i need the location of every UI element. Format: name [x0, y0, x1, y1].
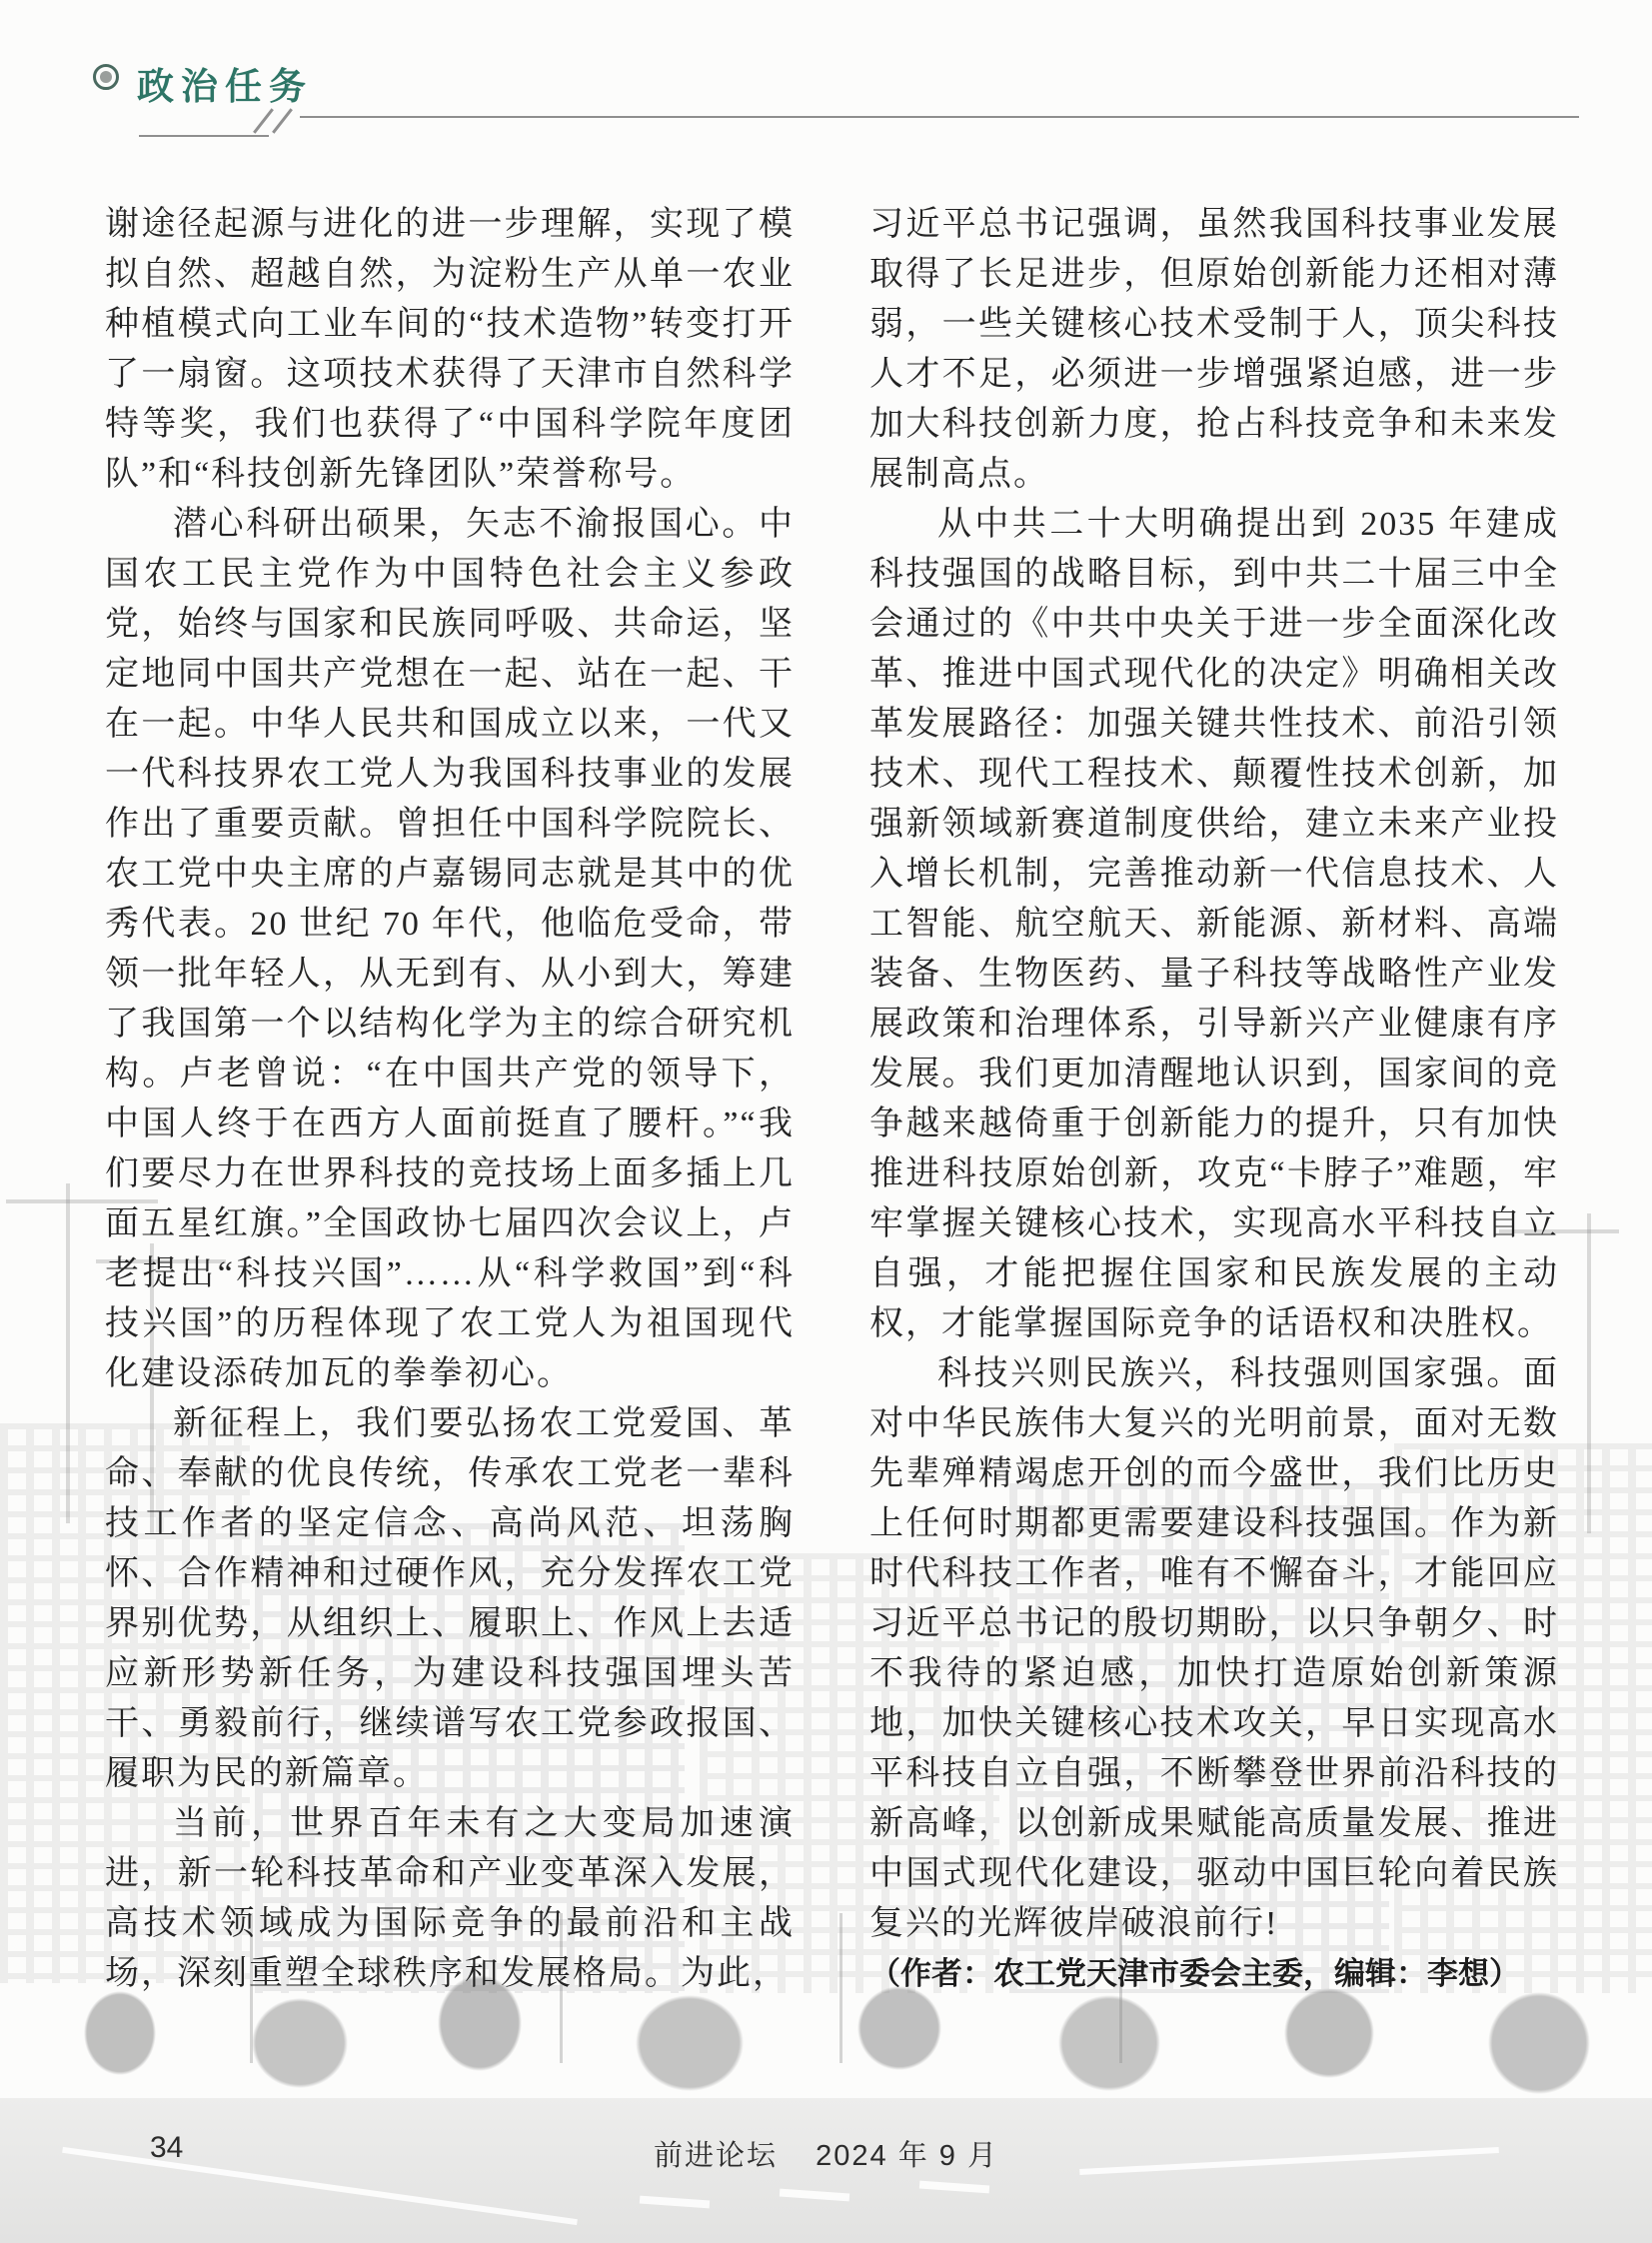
paragraph: 当前，世界百年未有之大变局加速演进，新一轮科技革命和产业变革深入发展，高技术领域…	[105, 1799, 795, 1999]
author-note: （作者：农工党天津市委会主委，编辑：李想）	[869, 1949, 1559, 1999]
header-slash-icon	[253, 108, 274, 133]
header-slash-icon	[272, 108, 293, 133]
page-footer: 34 前进论坛 2024 年 9 月	[0, 2127, 1652, 2177]
header-rule-long	[300, 116, 1579, 118]
paragraph: 谢途径起源与进化的进一步理解，实现了模拟自然、超越自然，为淀粉生产从单一农业种植…	[105, 200, 795, 500]
paragraph: 新征程上，我们要弘扬农工党爱国、革命、奉献的优良传统，传承农工党老一辈科技工作者…	[105, 1399, 795, 1799]
paragraph: 习近平总书记强调，虽然我国科技事业发展取得了长足进步，但原始创新能力还相对薄弱，…	[869, 200, 1559, 500]
paragraph: 科技兴则民族兴，科技强则国家强。面对中华民族伟大复兴的光明前景，面对无数先辈殚精…	[869, 1349, 1559, 1949]
section-header: 政治任务	[0, 0, 1652, 150]
footer-journal-line: 前进论坛 2024 年 9 月	[0, 2133, 1652, 2174]
right-column: 习近平总书记强调，虽然我国科技事业发展取得了长足进步，但原始创新能力还相对薄弱，…	[869, 200, 1559, 1999]
left-column: 谢途径起源与进化的进一步理解，实现了模拟自然、超越自然，为淀粉生产从单一农业种植…	[105, 200, 795, 1999]
photo-crane	[66, 1183, 70, 1523]
header-rule-short	[139, 135, 269, 137]
journal-title: 前进论坛	[654, 2140, 778, 2172]
magazine-page: { "colors": { "accent_teal": "#2e7566", …	[0, 0, 1652, 2243]
section-bullet-icon	[93, 64, 119, 90]
section-title: 政治任务	[137, 56, 313, 110]
paragraph: 从中共二十大明确提出到 2035 年建成科技强国的战略目标，到中共二十届三中全会…	[869, 500, 1559, 1349]
issue-date: 2024 年 9 月	[816, 2140, 998, 2172]
article-body: 谢途径起源与进化的进一步理解，实现了模拟自然、超越自然，为淀粉生产从单一农业种植…	[105, 200, 1559, 1999]
photo-crane	[1587, 1213, 1591, 1533]
paragraph: 潜心科研出硕果，矢志不渝报国心。中国农工民主党作为中国特色社会主义参政党，始终与…	[105, 500, 795, 1399]
